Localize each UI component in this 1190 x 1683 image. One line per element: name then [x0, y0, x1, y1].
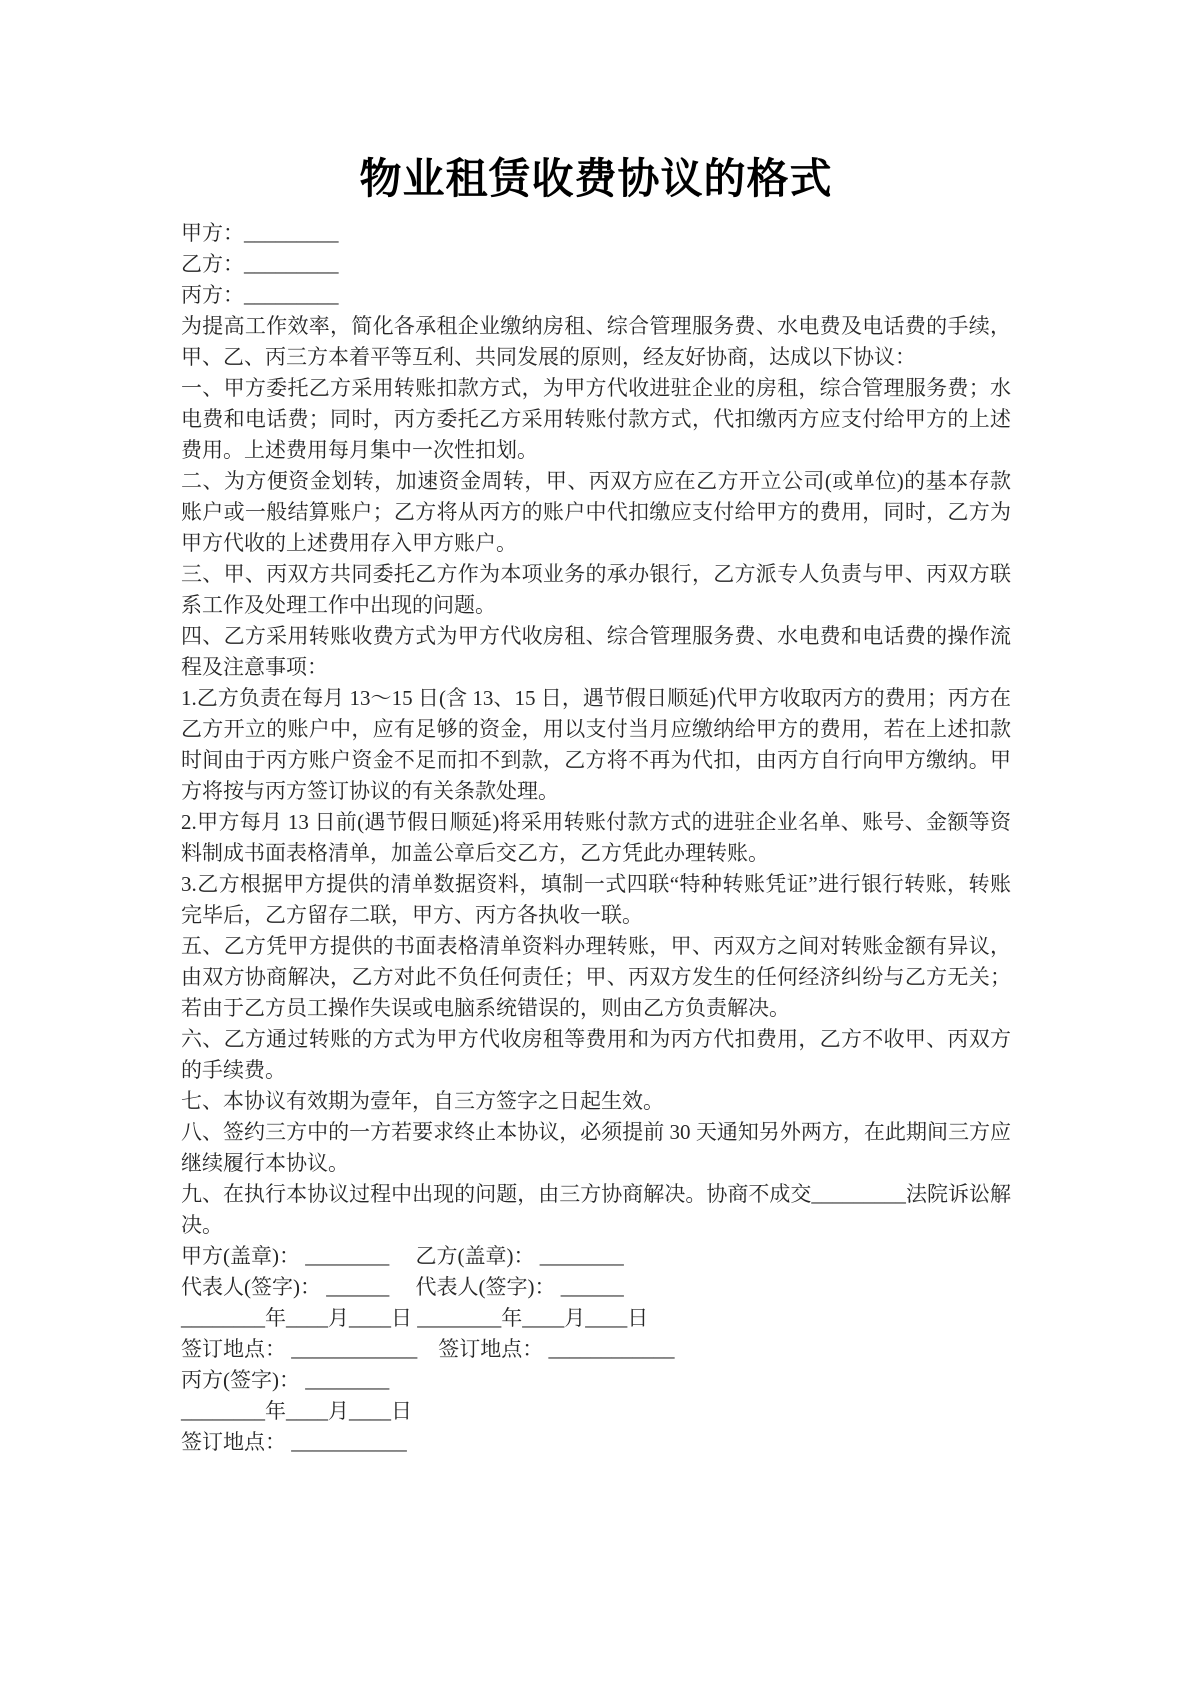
bing-sign-row: 丙方(签字)： ________ [181, 1365, 1011, 1396]
place-row: 签订地点： ____________ 签订地点： ____________ [181, 1334, 1011, 1365]
clause-9: 九、在执行本协议过程中出现的问题，由三方协商解决。协商不成交_________法… [181, 1179, 1011, 1241]
clause-5: 五、乙方凭甲方提供的书面表格清单资料办理转账，甲、丙双方之间对转账金额有异议，由… [181, 931, 1011, 1024]
clause-3: 三、甲、丙双方共同委托乙方作为本项业务的承办银行，乙方派专人负责与甲、丙双方联系… [181, 559, 1011, 621]
clause-4-item-2: 2.甲方每月 13 日前(遇节假日顺延)将采用转账付款方式的进驻企业名单、账号、… [181, 807, 1011, 869]
representative-row: 代表人(签字)： ______ 代表人(签字)： ______ [181, 1272, 1011, 1303]
bing-place-row: 签订地点： ___________ [181, 1427, 1011, 1458]
party-line-yi: 乙方：_________ [181, 249, 1011, 280]
document-title: 物业租赁收费协议的格式 [181, 150, 1011, 210]
seal-row: 甲方(盖章)： ________ 乙方(盖章)： ________ [181, 1241, 1011, 1272]
clause-4-item-1: 1.乙方负责在每月 13～15 日(含 13、15 日，遇节假日顺延)代甲方收取… [181, 683, 1011, 807]
party-line-jia: 甲方：_________ [181, 218, 1011, 249]
date-row: ________年____月____日 ________年____月____日 [181, 1303, 1011, 1334]
signature-block: 甲方(盖章)： ________ 乙方(盖章)： ________ 代表人(签字… [181, 1241, 1011, 1458]
preamble-paragraph: 为提高工作效率，简化各承租企业缴纳房租、综合管理服务费、水电费及电话费的手续，甲… [181, 311, 1011, 373]
clause-2: 二、为方便资金划转，加速资金周转，甲、丙双方应在乙方开立公司(或单位)的基本存款… [181, 466, 1011, 559]
bing-date-row: ________年____月____日 [181, 1396, 1011, 1427]
clause-6: 六、乙方通过转账的方式为甲方代收房租等费用和为丙方代扣费用，乙方不收甲、丙双方的… [181, 1024, 1011, 1086]
party-line-bing: 丙方：_________ [181, 280, 1011, 311]
clause-4: 四、乙方采用转账收费方式为甲方代收房租、综合管理服务费、水电费和电话费的操作流程… [181, 621, 1011, 683]
clause-4-item-3: 3.乙方根据甲方提供的清单数据资料，填制一式四联“特种转账凭证”进行银行转账，转… [181, 869, 1011, 931]
document-body: 甲方：_________ 乙方：_________ 丙方：_________ 为… [181, 218, 1011, 1458]
clause-7: 七、本协议有效期为壹年，自三方签字之日起生效。 [181, 1086, 1011, 1117]
clause-8: 八、签约三方中的一方若要求终止本协议，必须提前 30 天通知另外两方，在此期间三… [181, 1117, 1011, 1179]
document-page: 物业租赁收费协议的格式 甲方：_________ 乙方：_________ 丙方… [0, 0, 1190, 1683]
document-content: 物业租赁收费协议的格式 甲方：_________ 乙方：_________ 丙方… [181, 150, 1011, 1458]
clause-1: 一、甲方委托乙方采用转账扣款方式，为甲方代收进驻企业的房租，综合管理服务费；水电… [181, 373, 1011, 466]
